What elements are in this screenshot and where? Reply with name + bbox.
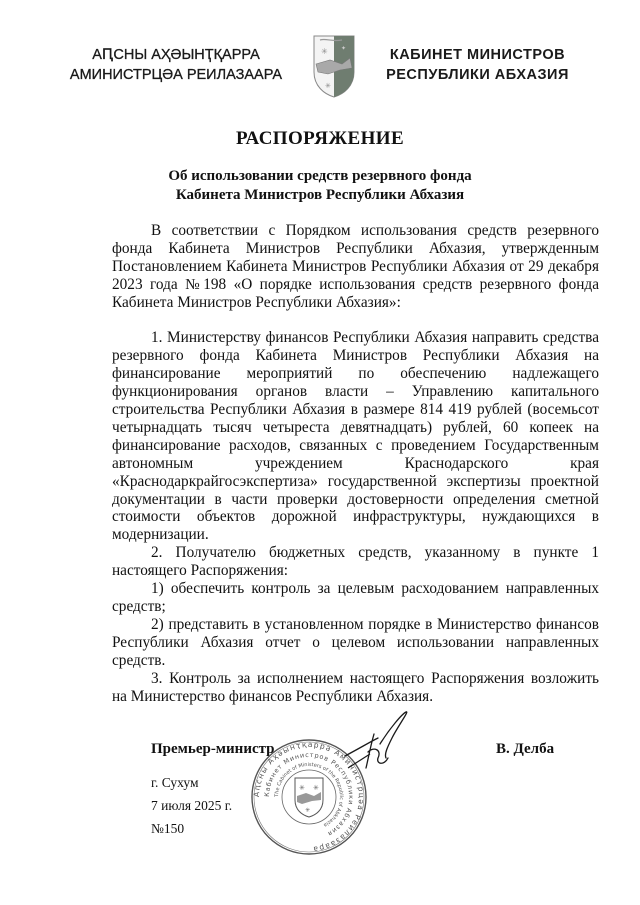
handwritten-signature-icon — [340, 708, 420, 778]
header-abkhaz-name: АԤСНЫ АҲӘЫНҬҚАРРА АМИНИСТРЦӘА РЕИЛАЗААРА — [60, 45, 292, 85]
header-left-line-1: АԤСНЫ АҲӘЫНҬҚАРРА — [60, 45, 292, 65]
preamble-paragraph: В соответствии с Порядком использования … — [112, 222, 599, 312]
header-russian-name: КАБИНЕТ МИНИСТРОВ РЕСПУБЛИКИ АБХАЗИЯ — [370, 45, 585, 85]
svg-text:✦: ✦ — [341, 45, 346, 52]
svg-text:✳: ✳ — [321, 47, 328, 56]
clause-2-1-paragraph: 1) обеспечить контроль за целевым расход… — [112, 580, 599, 616]
subject-line-1: Об использовании средств резервного фонд… — [0, 167, 640, 186]
document-type-title: РАСПОРЯЖЕНИЕ — [0, 128, 640, 150]
document-body: В соответствии с Порядком использования … — [112, 222, 599, 705]
issue-date: 7 июля 2025 г. — [151, 798, 232, 814]
issue-city: г. Сухум — [151, 775, 199, 791]
svg-text:✳: ✳ — [299, 784, 305, 792]
document-subject: Об использовании средств резервного фонд… — [0, 167, 640, 205]
header-right-line-1: КАБИНЕТ МИНИСТРОВ — [370, 45, 585, 65]
header-right-line-2: РЕСПУБЛИКИ АБХАЗИЯ — [370, 65, 585, 85]
subject-line-2: Кабинета Министров Республики Абхазия — [0, 186, 640, 205]
signatory-name: В. Делба — [496, 741, 554, 758]
clause-1-paragraph: 1. Министерству финансов Республики Абха… — [112, 329, 599, 544]
clause-3-paragraph: 3. Контроль за исполнением настоящего Ра… — [112, 670, 599, 706]
clause-2-paragraph: 2. Получателю бюджетных средств, указанн… — [112, 544, 599, 580]
svg-text:✳: ✳ — [313, 784, 319, 792]
svg-text:✳: ✳ — [305, 807, 310, 814]
document-number: №150 — [151, 821, 184, 837]
coat-of-arms-icon: ✳ ✦ ✳ — [312, 34, 356, 98]
svg-text:✳: ✳ — [325, 82, 331, 90]
clause-2-2-paragraph: 2) представить в установленном порядке в… — [112, 616, 599, 670]
header-left-line-2: АМИНИСТРЦӘА РЕИЛАЗААРА — [60, 65, 292, 85]
